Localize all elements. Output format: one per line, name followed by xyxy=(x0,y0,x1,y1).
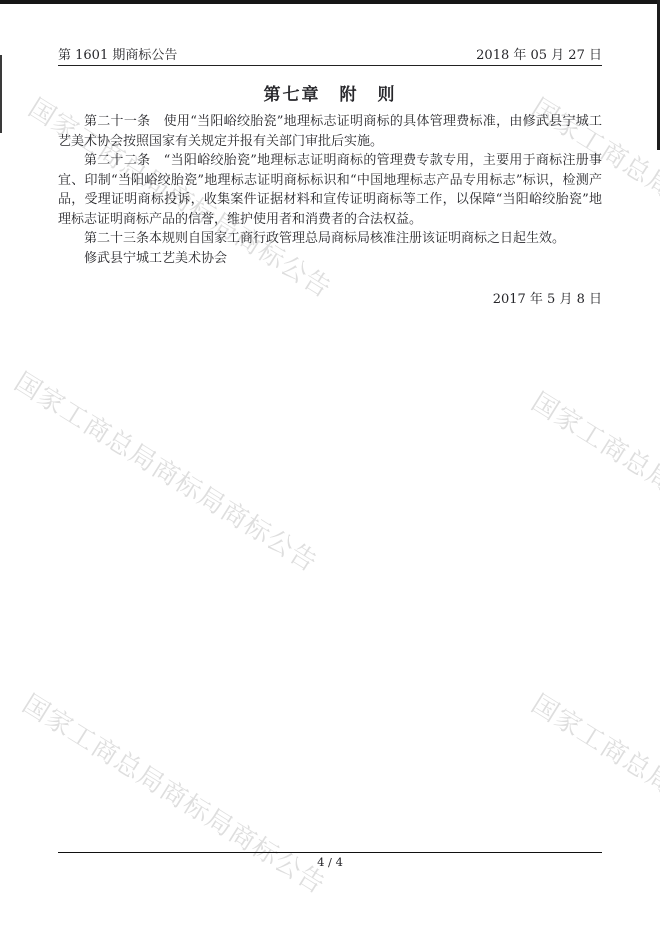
page-header: 第 1601 期商标公告 2018 年 05 月 27 日 xyxy=(58,44,602,63)
paragraph-article-21: 第二十一条 使用“当阳峪绞胎瓷”地理标志证明商标的具体管理费标准，由修武县宁城工… xyxy=(58,112,602,151)
scan-border-top xyxy=(0,0,660,4)
watermark: 国家工商总局商标局商标公告 xyxy=(525,382,660,599)
signature-line: 修武县宁城工艺美术协会 xyxy=(58,249,602,269)
page-number: 4 / 4 xyxy=(0,855,660,869)
header-divider xyxy=(58,65,602,66)
header-date-label: 2018 年 05 月 27 日 xyxy=(476,44,602,63)
watermark: 国家工商总局商标局商标公告 xyxy=(8,362,325,579)
scan-border-left xyxy=(0,55,2,133)
signed-date: 2017 年 5 月 8 日 xyxy=(493,288,602,307)
paragraph-article-22: 第二十二条 “当阳峪绞胎瓷”地理标志证明商标的管理费专款专用，主要用于商标注册事… xyxy=(58,151,602,229)
paragraph-article-23: 第二十三条本规则自国家工商行政管理总局商标局核准注册该证明商标之日起生效。 xyxy=(58,229,602,249)
footer-divider xyxy=(58,852,602,853)
document-body: 第二十一条 使用“当阳峪绞胎瓷”地理标志证明商标的具体管理费标准，由修武县宁城工… xyxy=(58,112,602,268)
chapter-title: 第七章 附 则 xyxy=(58,80,602,105)
header-issue-label: 第 1601 期商标公告 xyxy=(58,44,177,63)
gazette-page: 国家工商总局商标局商标公告 国家工商总局商标局商标公告 国家工商总局商标局商标公… xyxy=(0,0,660,933)
